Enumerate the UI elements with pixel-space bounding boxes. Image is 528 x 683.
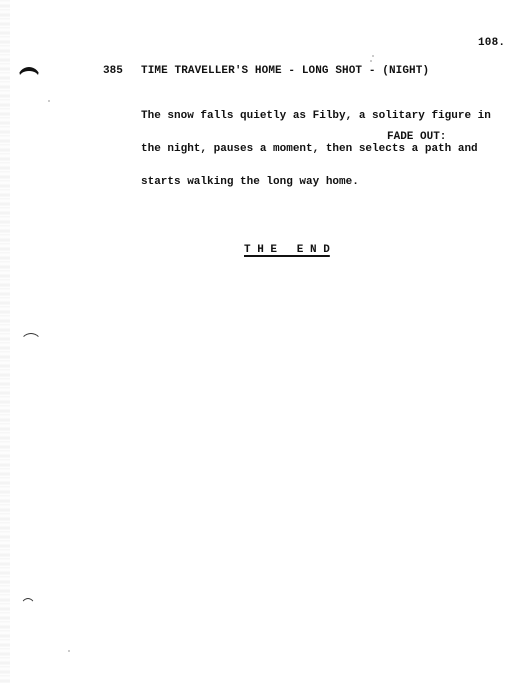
transition: FADE OUT: (387, 131, 446, 143)
action-line: starts walking the long way home. (141, 177, 481, 188)
action-line: the night, pauses a moment, then selects… (141, 144, 481, 155)
scan-speck (68, 650, 70, 652)
action-block: The snow falls quietly as Filby, a solit… (141, 89, 481, 210)
scan-speck (372, 55, 374, 57)
scan-speck (48, 100, 50, 102)
scene-number: 385 (103, 65, 123, 77)
action-line: The snow falls quietly as Filby, a solit… (141, 111, 481, 122)
hole-punch-icon (20, 333, 42, 355)
scene-heading: TIME TRAVELLER'S HOME - LONG SHOT - (NIG… (141, 65, 429, 77)
scan-edge-noise (0, 0, 10, 683)
hole-punch-icon (20, 598, 36, 620)
page-number: 108. (478, 37, 505, 49)
the-end-title: T H E E N D (244, 244, 330, 256)
script-page: 108. 385 TIME TRAVELLER'S HOME - LONG SH… (0, 0, 528, 683)
scan-speck (370, 60, 372, 62)
hole-punch-icon (18, 67, 40, 89)
